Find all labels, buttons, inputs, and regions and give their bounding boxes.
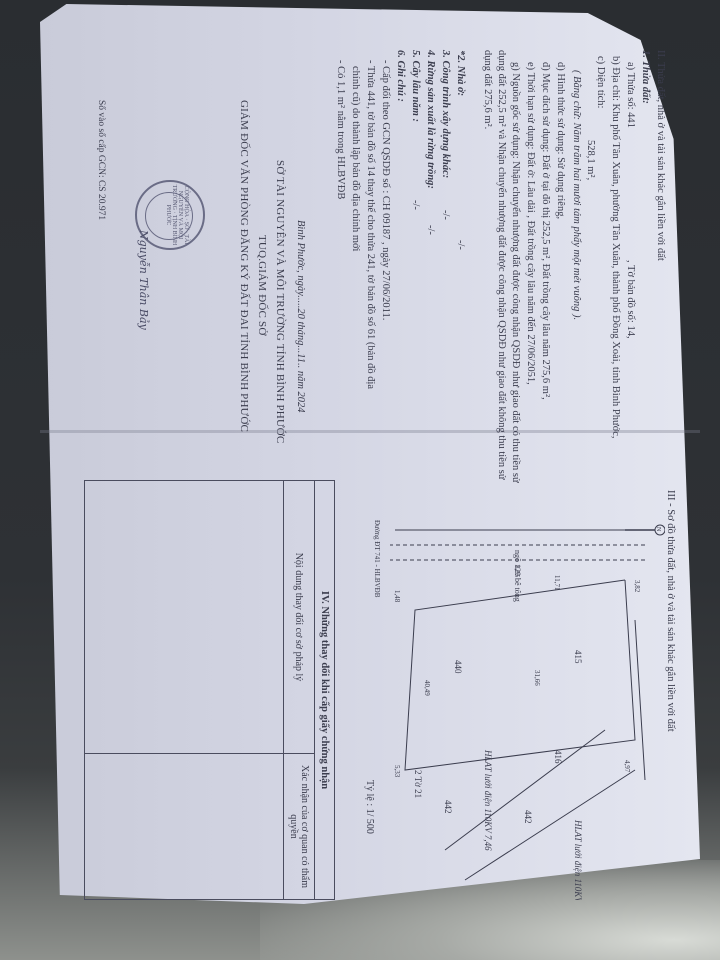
- parcel-number: a) Thửa số: 441: [625, 62, 636, 128]
- dimension-31-66: 31,66: [533, 670, 541, 686]
- usage-origin: g) Nguồn gốc sử dụng: Nhận chuyển nhượng…: [510, 62, 521, 483]
- parcel-442-a-label: 442: [523, 810, 533, 824]
- signer-title: GIÁM ĐỐC VĂN PHÒNG ĐĂNG KÝ ĐẤT ĐAI TỈNH …: [238, 100, 249, 432]
- tuq-label: TUQ.GIÁM ĐỐC SỞ: [256, 235, 267, 335]
- changes-col-content: Nội dung thay đổi cơ sở pháp lý: [284, 481, 315, 754]
- house-label: *2. Nhà ở:: [455, 50, 466, 96]
- section-ii-subtitle: 1. Thửa đất:: [640, 50, 651, 104]
- changes-col-confirmation: Xác nhận của cơ quan có thẩm quyền: [284, 754, 315, 900]
- parcel-442-b-label: 442: [443, 800, 453, 814]
- parcel-to21-label: 2 Tờ 21: [413, 770, 423, 798]
- signature: Nguyễn Thân Bảy: [137, 230, 150, 330]
- road-hlbvdb-label: Đường ĐT 741 - HLBVĐB: [373, 520, 381, 598]
- parcel-440-label: 440: [453, 660, 463, 674]
- dimension-3-82: 3,82: [633, 580, 641, 593]
- notes-label: 6. Ghi chú :: [395, 50, 406, 102]
- forest-value: -/-: [425, 225, 436, 235]
- usage-origin-3: dụng đất 275,6 m².: [482, 50, 493, 129]
- note-3: chính cũ) do thành lập bản đồ địa chính …: [350, 66, 361, 251]
- dimension-5-33: 5,33: [393, 765, 401, 778]
- usage-purpose: đ) Mục đích sử dụng: Đất ở tại đô thị 25…: [540, 62, 551, 400]
- changes-table: IV. Những thay đổi khi cấp giấy chứng nh…: [84, 480, 335, 900]
- dimension-11-71: 11,71: [553, 575, 561, 591]
- date-line: Bình Phước, ngày.....20 tháng...11.. năm…: [295, 220, 306, 413]
- area-value: 528,1 m²,: [585, 140, 596, 180]
- dimension-8-85: 8,85: [513, 565, 521, 578]
- usage-term: e) Thời hạn sử dụng: Đất ở: Lâu dài , Đấ…: [525, 62, 536, 385]
- map-sheet: , Tờ bản đồ số: 14,: [625, 260, 636, 339]
- compass-label: N: [655, 527, 661, 532]
- changes-content-cell: [85, 481, 284, 754]
- hlat-line-1: HLAT lưới điện 110KV: [573, 819, 583, 900]
- note-4: - Có 1,1 m² nằm trong HLBVĐB: [335, 60, 346, 199]
- parcel-416-label: 416: [553, 750, 563, 764]
- hlat-line-2: HLAT lưới điện 110KV 7,46: [483, 749, 493, 851]
- changes-table-title: IV. Những thay đổi khi cấp giấy chứng nh…: [315, 481, 335, 900]
- parcel-address: b) Địa chỉ: Khu phố Tân Xuân, phường Tân…: [610, 56, 621, 439]
- area-words: ( Bằng chữ: Năm trăm hai mươi tám phẩy m…: [571, 70, 582, 320]
- section-ii: II. Thửa đất, nhà ở và tài sản khác gắn …: [65, 10, 705, 470]
- dimension-1-48: 1,48: [393, 590, 401, 603]
- dimension-4-97: 4,97: [623, 760, 631, 773]
- usage-origin-2: dụng đất 252,5 m² và Nhận chuyển nhượng …: [496, 50, 507, 480]
- usage-form: d) Hình thức sử dụng: Sử dụng riêng,: [555, 62, 566, 219]
- section-iii-title: III - Sơ đồ thửa đất, nhà ở và tài sản k…: [665, 490, 676, 732]
- section-ii-title: II. Thửa đất, nhà ở và tài sản khác gắn …: [655, 50, 666, 261]
- note-2: - Thửa 441, tờ bản đồ số 14 thay thế cho…: [365, 60, 376, 389]
- other-construction-label: 3. Công trình xây dựng khác:: [440, 50, 451, 178]
- stamp-inner-ring: [145, 192, 193, 240]
- changes-confirmation-cell: [85, 754, 284, 900]
- forest-label: 4. Rừng sản xuất là rừng trồng:: [425, 50, 436, 189]
- section-iii-iv: III - Sơ đồ thửa đất, nhà ở và tài sản k…: [65, 480, 705, 940]
- note-1: - Cấp đổi theo GCN QSDĐ số : CH 09187 , …: [380, 60, 391, 320]
- map-scale: Tỷ lệ : 1/ 500: [364, 780, 375, 834]
- rotated-content: II. Thửa đất, nhà ở và tài sản khác gắn …: [65, 10, 705, 940]
- parcel-map: 415 440 416 442 442 2 Tờ 21 HLAT lưới đi…: [355, 520, 665, 900]
- area-label: c) Diện tích:: [595, 56, 606, 108]
- dimension-40-49: 40,49: [423, 680, 431, 696]
- north-arrow-icon: N: [625, 525, 665, 535]
- perennial-value: -/-: [410, 200, 421, 210]
- perennial-label: 5. Cây lâu năm :: [410, 50, 421, 122]
- other-construction-value: -/-: [440, 210, 451, 220]
- parcel-415-label: 415: [573, 650, 583, 664]
- issuing-org: SỞ TÀI NGUYÊN VÀ MÔI TRƯỜNG TỈNH BÌNH PH…: [274, 160, 285, 443]
- house-value: -/-: [455, 240, 466, 250]
- register-number: Số vào sổ cấp GCN: CS 20.971: [96, 100, 106, 220]
